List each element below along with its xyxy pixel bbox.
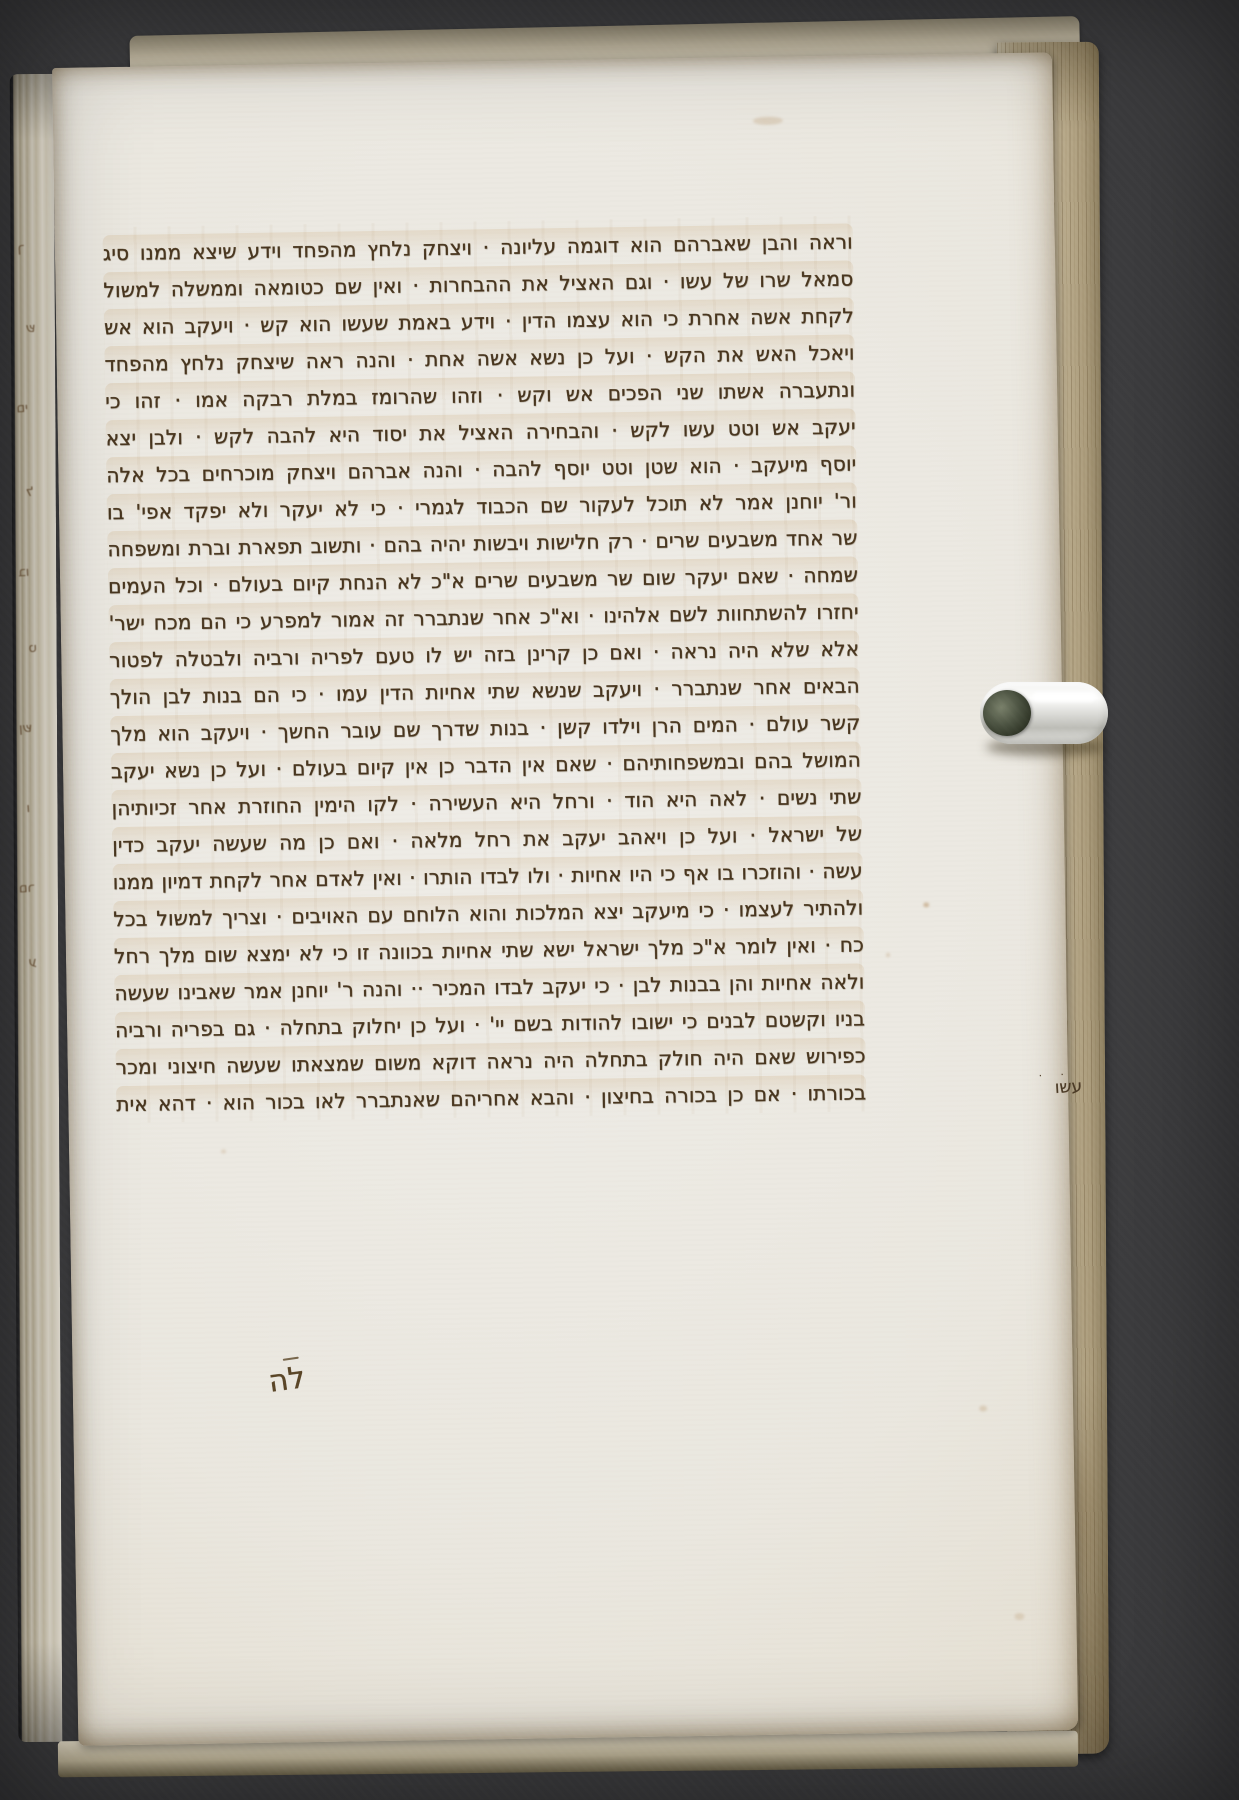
left-edge-text-fragment: ע [28,956,37,969]
foxing-spot [221,1149,226,1153]
left-edge-text-fragment: םי [16,402,28,416]
main-text-block: וראה והבן שאברהם הוא דוגמה עליונה · ויצח… [103,223,867,1123]
manuscript-page: וראה והבן שאברהם הוא דוגמה עליונה · ויצח… [52,52,1078,1746]
foxing-spot [886,953,890,957]
left-edge-text-fragment: ו [26,802,30,815]
quire-mark: לה [266,1360,307,1400]
gloss-word: עשו [1054,1077,1082,1098]
foxing-spot [753,117,783,125]
left-edge-text-fragment: ך [17,242,25,255]
left-edge-text-fragment: ל [25,486,33,499]
page-weight-glint [1032,692,1096,702]
left-edge-text-fragment: ט [28,642,37,655]
left-edge-text-fragment: ןש [19,722,32,736]
left-page-edges: ך ש םי ל בו ט ןש ו םר ע [10,74,63,1742]
photo-background: ך ש םי ל בו ט ןש ו םר ע וראה והבן שאברהם… [0,0,1239,1800]
left-edge-text-fragment: םר [19,882,36,896]
page-weight [980,666,1108,768]
foxing-spot [923,902,929,907]
left-edge-text-fragment: בו [18,566,30,580]
margin-gloss: · · עשו [1006,1073,1083,1101]
foxing-spot [979,1405,987,1411]
page-weight-tip [983,690,1031,736]
foxing-spot [1014,1613,1024,1620]
left-edge-text-fragment: ש [26,322,36,336]
